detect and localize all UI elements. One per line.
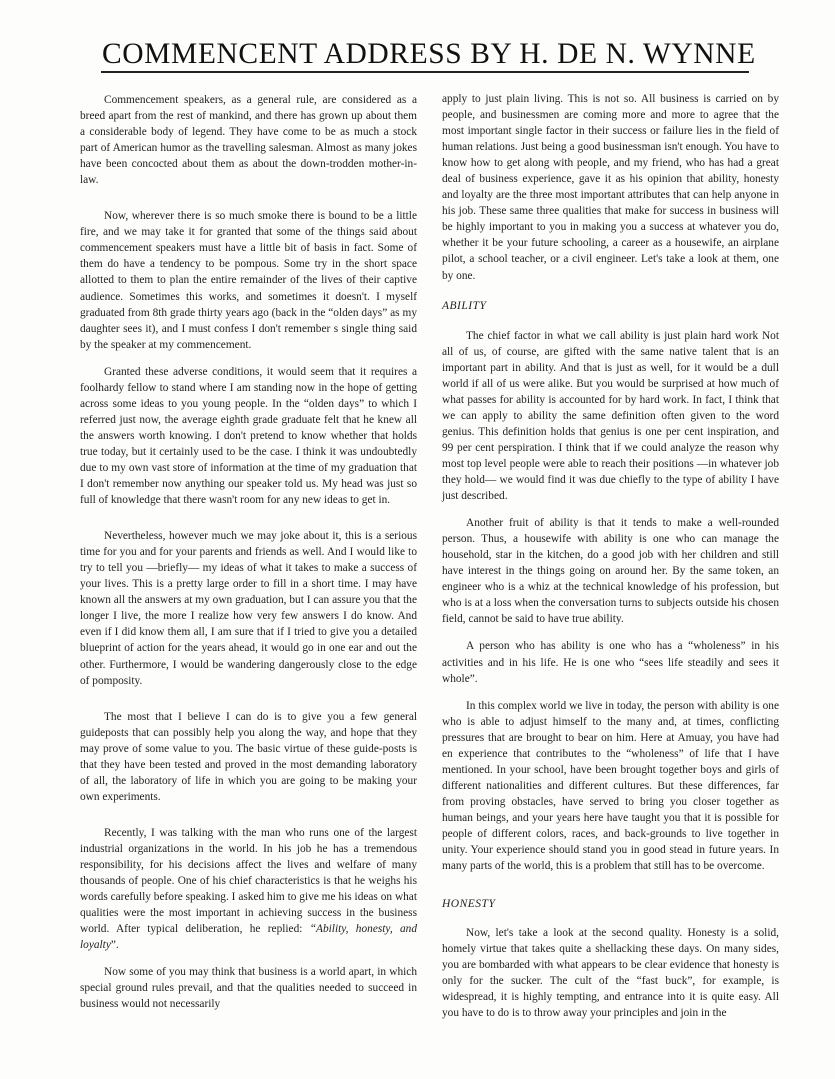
paragraph: In this complex world we live in today, … — [442, 698, 779, 875]
paragraph-text: Recently, I was talking with the man who… — [80, 827, 417, 935]
paragraph: The most that I believe I can do is to g… — [80, 709, 417, 805]
page-title: COMMENCENT ADDRESS BY H. DE N. WYNNE — [102, 38, 748, 70]
paragraph: Another fruit of ability is that it tend… — [442, 515, 779, 627]
paragraph: Commencement speakers, as a general rule… — [80, 92, 417, 188]
right-column: apply to just plain living. This is not … — [442, 91, 779, 1021]
paragraph: Recently, I was talking with the man who… — [80, 825, 417, 953]
section-heading-honesty: HONESTY — [442, 896, 779, 912]
paragraph: Now some of you may think that business … — [80, 964, 417, 1012]
paragraph: apply to just plain living. This is not … — [442, 91, 779, 284]
section-heading-ability: ABILITY — [442, 298, 779, 314]
title-underline — [101, 71, 749, 73]
paragraph: Nevertheless, however much we may joke a… — [80, 528, 417, 688]
left-column: Commencement speakers, as a general rule… — [80, 92, 417, 1012]
quote-close: ”. — [111, 939, 119, 951]
paragraph: A person who has ability is one who has … — [442, 638, 779, 686]
paragraph: The chief factor in what we call ability… — [442, 328, 779, 505]
paragraph: Now, let's take a look at the second qua… — [442, 925, 779, 1021]
paragraph: Now, wherever there is so much smoke the… — [80, 208, 417, 352]
paragraph: Granted these adverse conditions, it wou… — [80, 364, 417, 508]
